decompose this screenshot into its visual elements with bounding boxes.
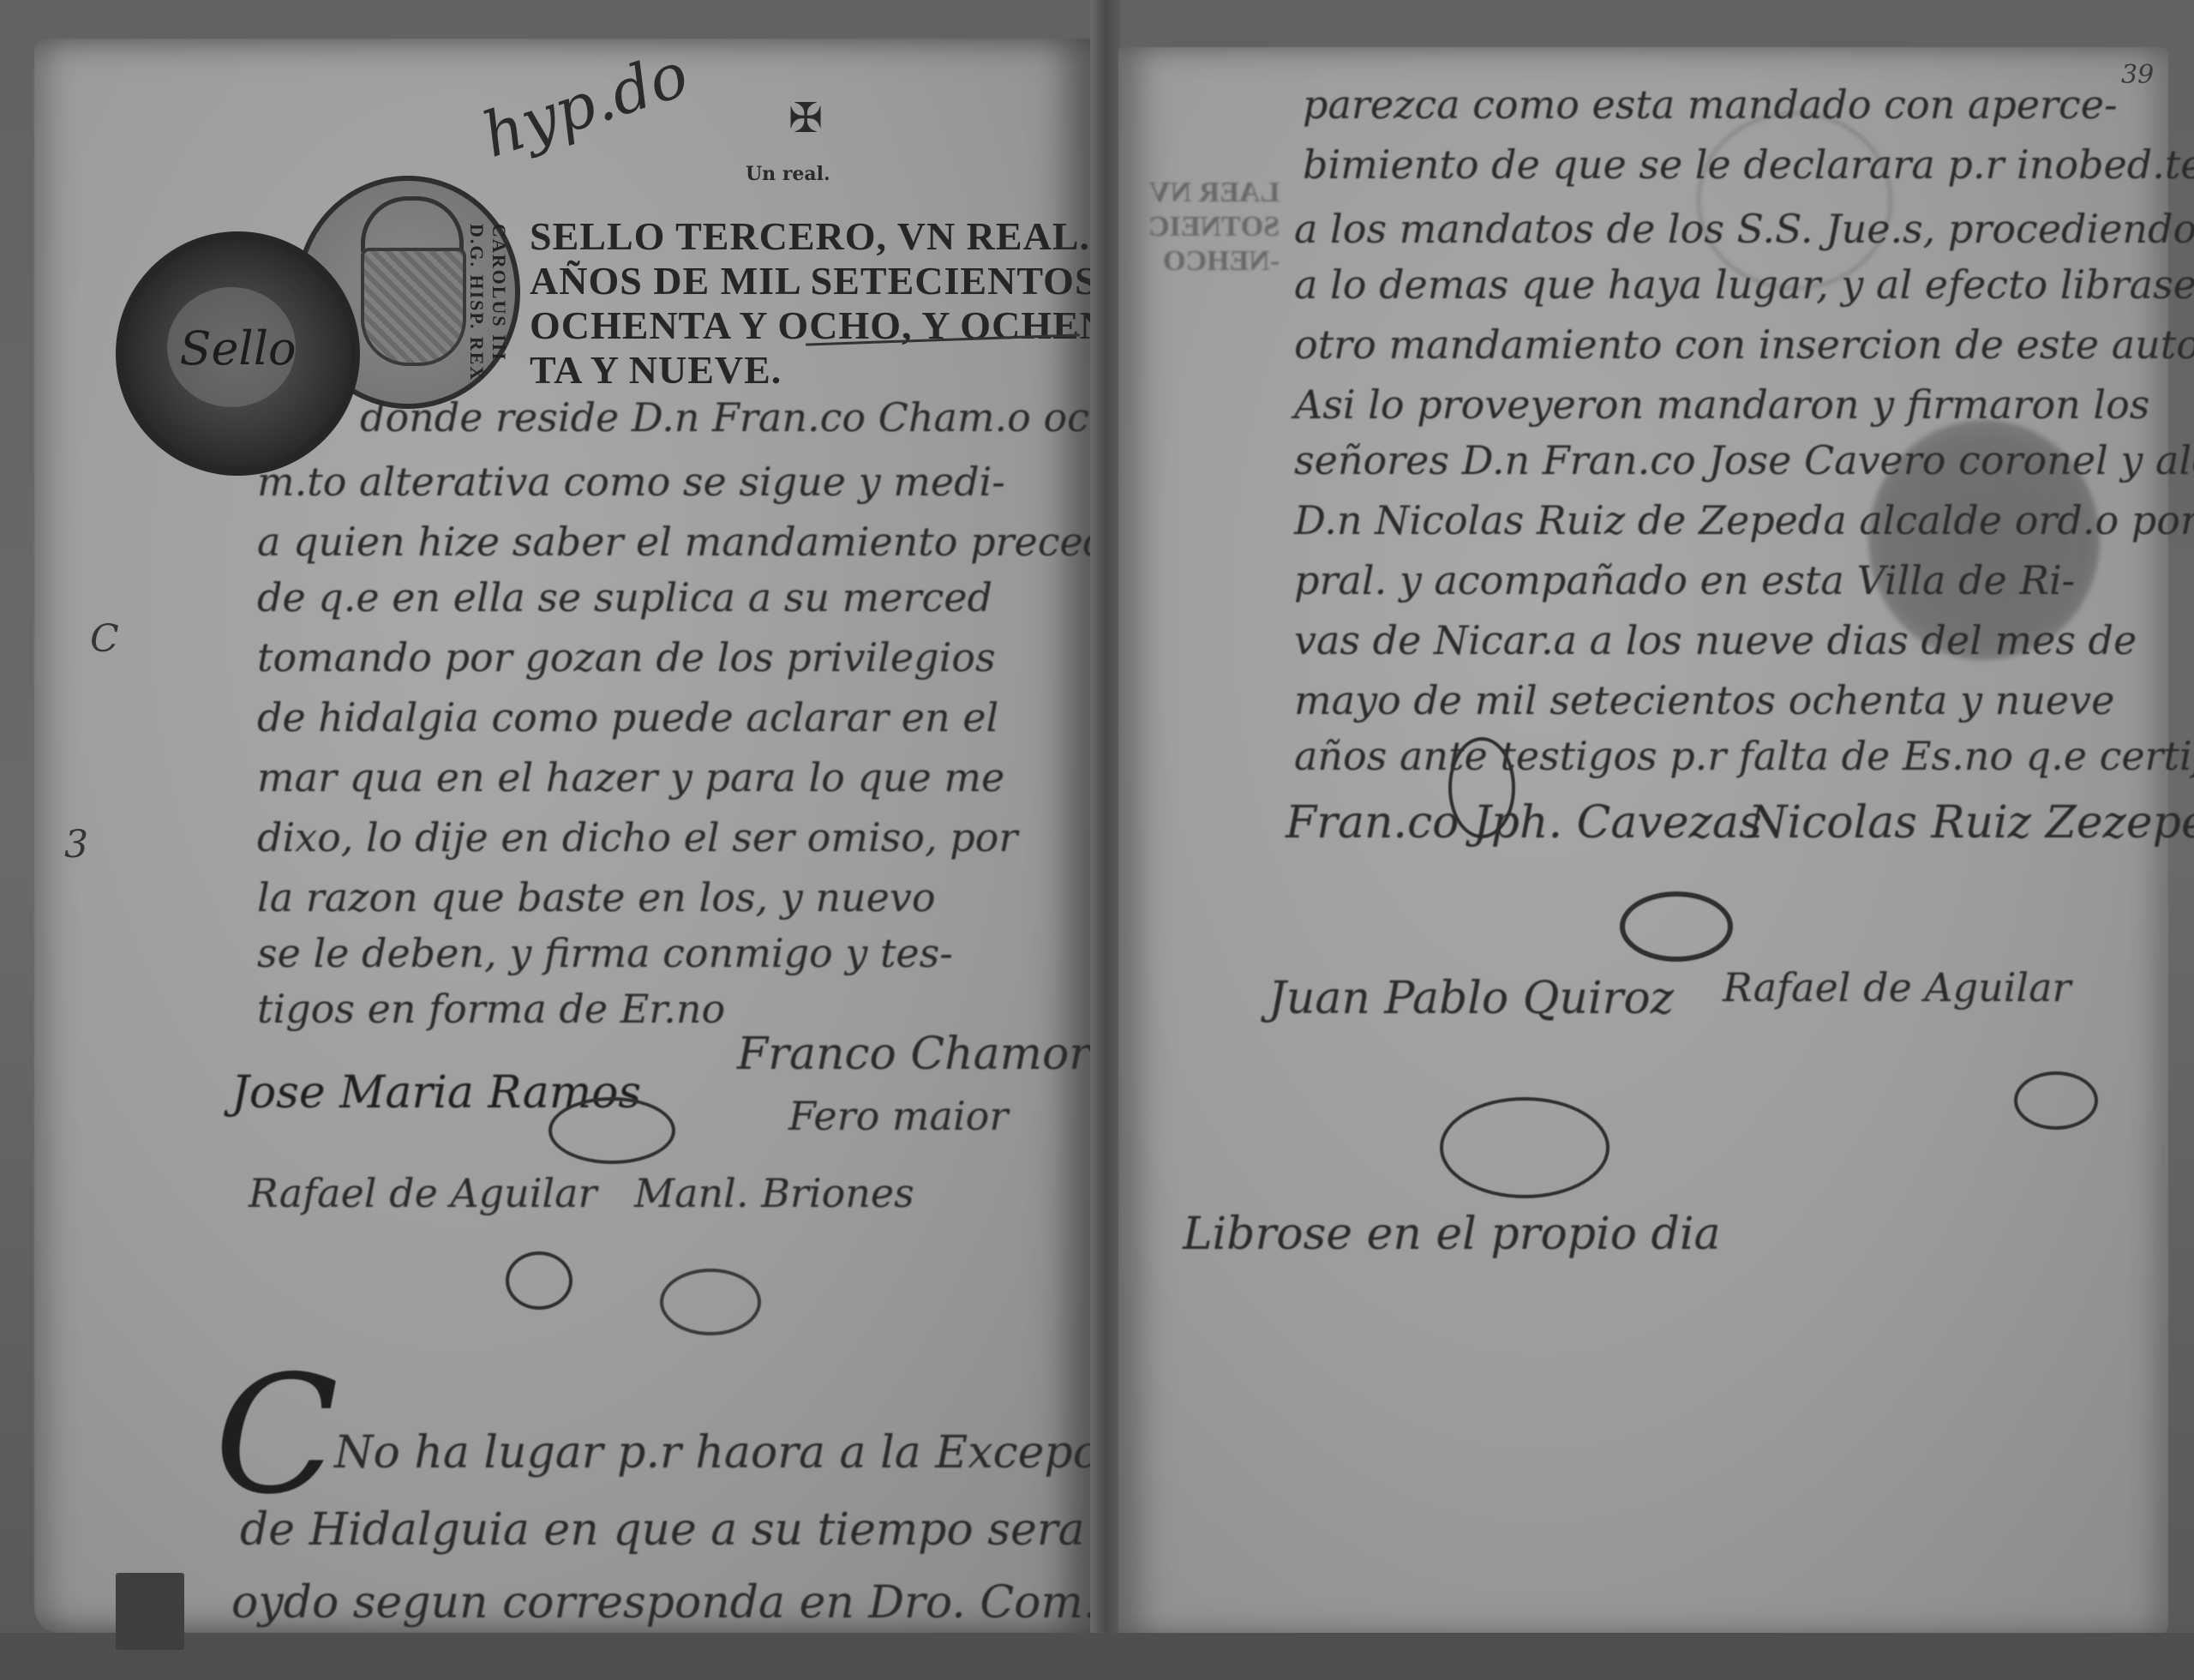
- body-line: la razon que baste en los, y nuevo: [257, 874, 936, 921]
- stamp-line: SELLO TERCERO, VN REAL.: [530, 214, 1095, 259]
- scan-bottom-edge: [0, 1633, 2194, 1680]
- rubric-flourish: [1440, 1097, 1610, 1198]
- decree-initial: C: [214, 1354, 339, 1517]
- body-line: otro mandamiento con insercion de este a…: [1294, 321, 2194, 368]
- body-line: de hidalgia como puede aclarar en el: [257, 694, 998, 741]
- seal-legend: CAROLUS III D.G. HISP. REX: [465, 224, 510, 404]
- body-line: donde reside D.n Fran.co Cham.o ocu-: [360, 394, 1128, 441]
- body-line: m.to alterativa como se sigue y medi-: [257, 459, 1005, 505]
- signature: Rafael de Aguilar: [1723, 964, 2071, 1011]
- signature: Fran.co Jph. Cavezas: [1286, 797, 1762, 849]
- seal-label: Sello: [159, 321, 317, 375]
- decree-line: No ha lugar p.r haora a la Excepcion: [334, 1427, 1167, 1479]
- body-line: se le deben, y firma conmigo y tes-: [257, 930, 953, 976]
- rubric-flourish: [2014, 1071, 2098, 1130]
- rubric-flourish: [548, 1097, 675, 1164]
- body-line: a quien hize saber el mandamiento preced…: [257, 519, 1196, 565]
- margin-mark: C: [90, 617, 119, 661]
- bleed-line: SOTNEIC: [1148, 211, 1280, 243]
- body-line: señores D.n Fran.co Jose Cavero coronel …: [1294, 437, 2194, 483]
- folio-number: 39: [2121, 60, 2154, 90]
- body-line: de q.e en ella se suplica a su merced: [257, 574, 992, 621]
- signature: Manl. Briones: [634, 1170, 914, 1216]
- body-line: bimiento de que se le declarara p.r inob…: [1303, 141, 2194, 188]
- stamp-header: SELLO TERCERO, VN REAL. AÑOS DE MIL SETE…: [530, 214, 1095, 393]
- signature: Franco Chamorro: [737, 1029, 1138, 1080]
- shield-icon: [361, 248, 466, 366]
- rubric-flourish: [660, 1269, 761, 1335]
- body-line: tomando por gozan de los privilegios: [257, 634, 996, 681]
- bleed-line: LAER NV: [1149, 177, 1280, 208]
- dark-wax-seal-icon: Sello: [116, 231, 360, 476]
- body-line: parezca como esta mandado con aperce-: [1303, 81, 2118, 128]
- closing-note: Librose en el propio dia: [1183, 1209, 1720, 1260]
- stamp-line: AÑOS DE MIL SETECIENTOS: [530, 259, 1095, 303]
- bleed-through-text: LAER NV SOTNEIC -NEHCO: [1148, 176, 1280, 279]
- stamp-line: OCHENTA Y OCHO, Y OCHEN-: [530, 303, 1095, 348]
- body-line: años ante testigos p.r falta de Es.no q.…: [1294, 733, 2194, 779]
- stamp-line: TA Y NUEVE.: [530, 348, 1095, 393]
- decree-line: de Hidalguia en que a su tiempo sera: [240, 1504, 1085, 1556]
- book-gutter: [1090, 0, 1121, 1680]
- body-line: a lo demas que haya lugar, y al efecto l…: [1294, 261, 2194, 308]
- rubric-flourish: [1620, 891, 1733, 962]
- binding-clip: [116, 1573, 184, 1650]
- signature: Rafael de Aguilar: [249, 1170, 597, 1216]
- body-line: D.n Nicolas Ruiz de Zepeda alcalde ord.o…: [1294, 497, 2194, 543]
- cross-icon: ✠: [788, 94, 823, 142]
- signature: Juan Pablo Quiroz: [1268, 973, 1674, 1024]
- signature: Fero maior: [788, 1093, 1008, 1139]
- body-line: vas de Nicar.a a los nueve dias del mes …: [1294, 617, 2137, 663]
- body-line: pral. y acompañado en esta Villa de Ri-: [1294, 557, 2075, 603]
- rubric-flourish: [506, 1251, 572, 1310]
- body-line: mar qua en el hazer y para lo que me: [257, 754, 1004, 801]
- decree-line: oydo segun corresponda en Dro. Com.: [231, 1577, 1097, 1629]
- stamp-denomination: Un real.: [746, 163, 830, 185]
- bleed-line: -NEHCO: [1163, 245, 1280, 277]
- body-line: mayo de mil setecientos ochenta y nueve: [1294, 677, 2114, 723]
- signature: Nicolas Ruiz Zezepeda: [1748, 797, 2194, 849]
- margin-mark: 3: [64, 823, 88, 867]
- body-line: dixo, lo dije en dicho el ser omiso, por: [257, 814, 1017, 861]
- crown-icon: [361, 196, 464, 252]
- body-line: Asi lo proveyeron mandaron y firmaron lo…: [1294, 381, 2149, 428]
- body-line: tigos en forma de Er.no: [257, 986, 725, 1032]
- body-line: a los mandatos de los S.S. Jue.s, proced…: [1294, 206, 2194, 252]
